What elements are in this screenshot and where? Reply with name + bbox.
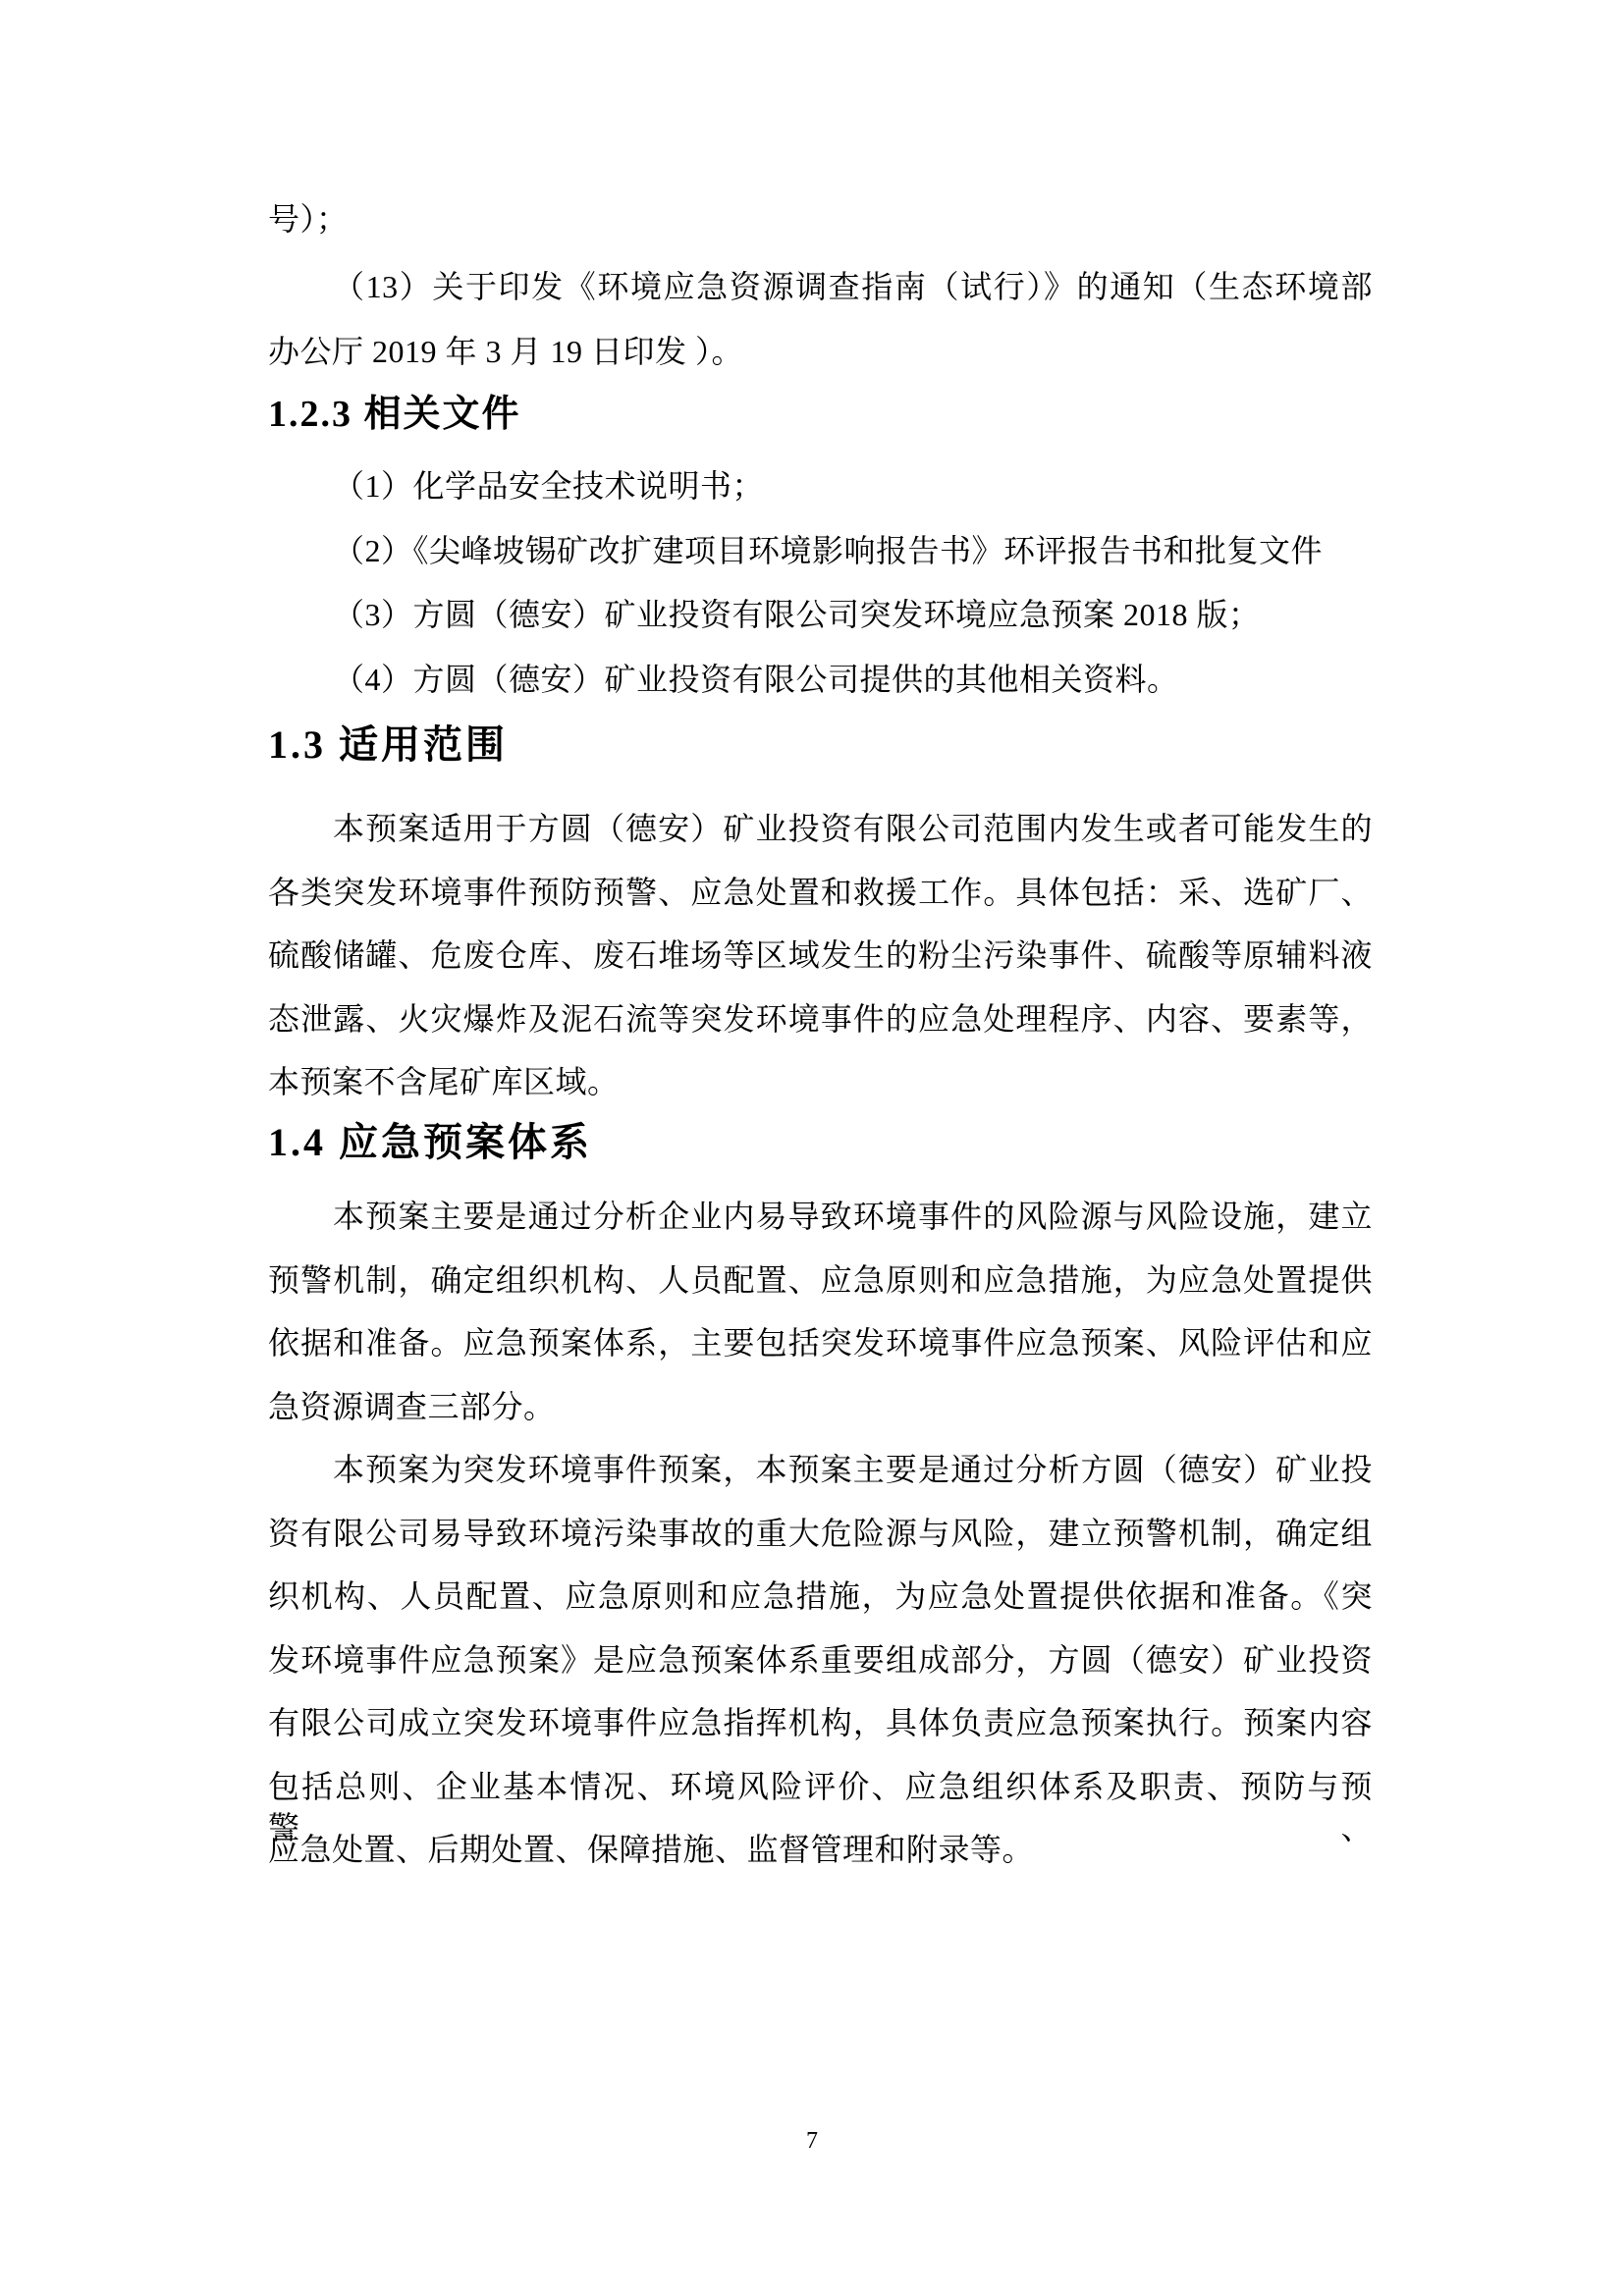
paragraph-line: 本预案适用于方圆（德安）矿业投资有限公司范围内发生或者可能发生的 xyxy=(268,809,1373,850)
paragraph-line: 态泄露、火灾爆炸及泥石流等突发环境事件的应急处理程序、内容、要素等， xyxy=(268,999,1373,1041)
list-item-1: （1）化学品安全技术说明书； xyxy=(268,466,1373,507)
section-heading-1-3: 1.3 适用范围 xyxy=(268,720,1373,771)
list-item-13-line-2: 办公厅 2019 年 3 月 19 日印发 ）。 xyxy=(268,332,1373,373)
body-line-continuation: 号）； xyxy=(268,199,1373,240)
paragraph-line: 预警机制，确定组织机构、人员配置、应急原则和应急措施，为应急处置提供 xyxy=(268,1260,1373,1302)
list-item-2: （2）《尖峰坡锡矿改扩建项目环境影响报告书》环评报告书和批复文件 xyxy=(268,531,1373,572)
paragraph-line: 发环境事件应急预案》是应急预案体系重要组成部分，方圆（德安）矿业投资 xyxy=(268,1640,1373,1682)
paragraph-line: 织机构、人员配置、应急原则和应急措施，为应急处置提供依据和准备。《突 xyxy=(268,1576,1373,1618)
paragraph-line: 本预案为突发环境事件预案，本预案主要是通过分析方圆（德安）矿业投 xyxy=(268,1450,1373,1491)
paragraph-line: 依据和准备。应急预案体系，主要包括突发环境事件应急预案、风险评估和应 xyxy=(268,1323,1373,1364)
paragraph-line: 本预案主要是通过分析企业内易导致环境事件的风险源与风险设施，建立 xyxy=(268,1197,1373,1238)
list-item-3: （3）方圆（德安）矿业投资有限公司突发环境应急预案 2018 版； xyxy=(268,595,1373,636)
section-heading-1-4: 1.4 应急预案体系 xyxy=(268,1117,1373,1168)
paragraph-line: 各类突发环境事件预防预警、应急处置和救援工作。具体包括：采、选矿厂、 xyxy=(268,873,1373,914)
paragraph-line: 资有限公司易导致环境污染事故的重大危险源与风险，建立预警机制，确定组 xyxy=(268,1514,1373,1555)
list-item-4: （4）方圆（德安）矿业投资有限公司提供的其他相关资料。 xyxy=(268,660,1373,701)
paragraph-line: 本预案不含尾矿库区域。 xyxy=(268,1062,1373,1103)
page-number: 7 xyxy=(0,2128,1624,2155)
document-page: 号）； （13）关于印发《环境应急资源调查指南（试行）》的通知（生态环境部 办公… xyxy=(0,0,1624,2296)
paragraph-line: 应急处置、后期处置、保障措施、监督管理和附录等。 xyxy=(268,1830,1373,1871)
paragraph-line: 有限公司成立突发环境事件应急指挥机构，具体负责应急预案执行。预案内容 xyxy=(268,1703,1373,1744)
paragraph-line: 急资源调查三部分。 xyxy=(268,1387,1373,1428)
paragraph-line: 硫酸储罐、危废仓库、废石堆场等区域发生的粉尘污染事件、硫酸等原辅料液 xyxy=(268,935,1373,977)
section-heading-1-2-3: 1.2.3 相关文件 xyxy=(268,391,1373,439)
list-item-13-line-1: （13）关于印发《环境应急资源调查指南（试行）》的通知（生态环境部 xyxy=(268,267,1373,308)
